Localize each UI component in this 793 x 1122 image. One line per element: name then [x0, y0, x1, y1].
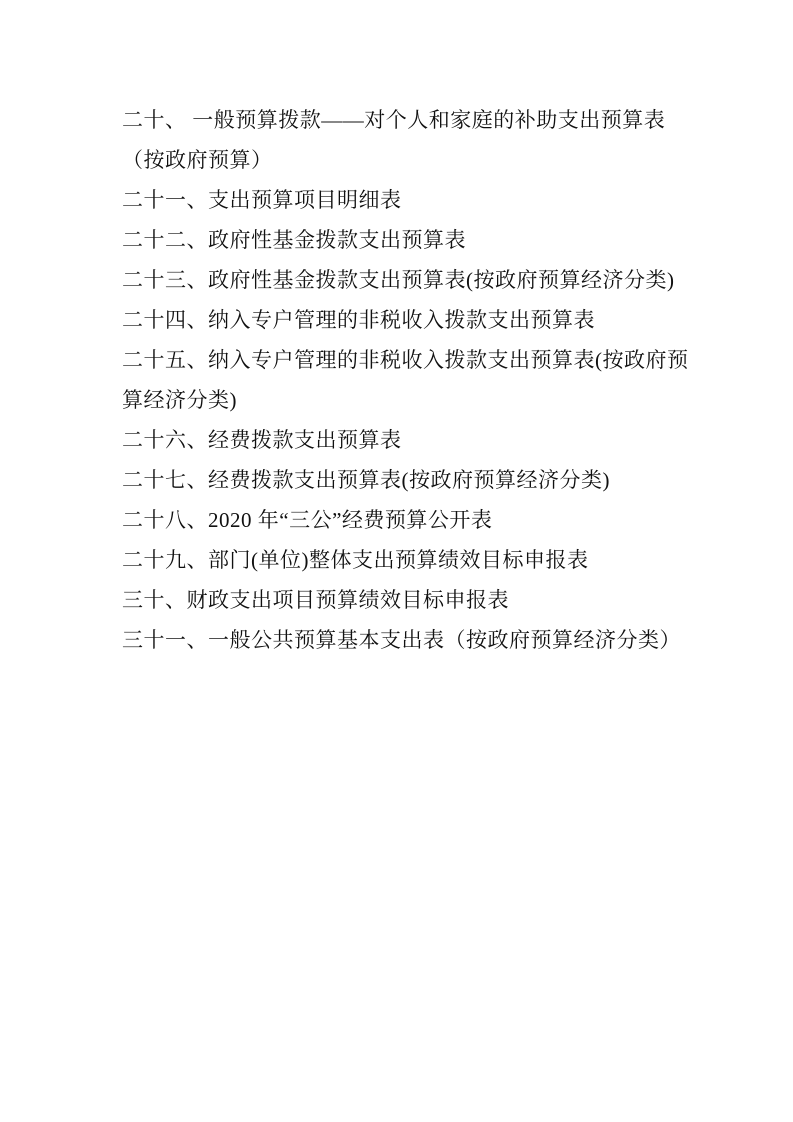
document-page: 二十、 一般预算拨款——对个人和家庭的补助支出预算表 （按政府预算） 二十一、支…	[0, 0, 793, 1122]
list-item-30: 三十、财政支出项目预算绩效目标申报表	[122, 580, 683, 620]
list-item-21: 二十一、支出预算项目明细表	[122, 180, 683, 220]
list-item-20: 二十、 一般预算拨款——对个人和家庭的补助支出预算表 （按政府预算）	[122, 100, 683, 180]
list-item-24: 二十四、纳入专户管理的非税收入拨款支出预算表	[122, 300, 683, 340]
list-item-28: 二十八、2020 年“三公”经费预算公开表	[122, 500, 683, 540]
list-item-25: 二十五、纳入专户管理的非税收入拨款支出预算表(按政府预 算经济分类)	[122, 340, 683, 420]
list-item-29: 二十九、部门(单位)整体支出预算绩效目标申报表	[122, 540, 683, 580]
list-item-27: 二十七、经费拨款支出预算表(按政府预算经济分类)	[122, 460, 683, 500]
list-item-22: 二十二、政府性基金拨款支出预算表	[122, 220, 683, 260]
attachment-table-list: 二十、 一般预算拨款——对个人和家庭的补助支出预算表 （按政府预算） 二十一、支…	[122, 100, 683, 660]
list-item-31: 三十一、一般公共预算基本支出表（按政府预算经济分类）	[122, 620, 683, 660]
list-item-26: 二十六、经费拨款支出预算表	[122, 420, 683, 460]
list-item-23: 二十三、政府性基金拨款支出预算表(按政府预算经济分类)	[122, 260, 683, 300]
